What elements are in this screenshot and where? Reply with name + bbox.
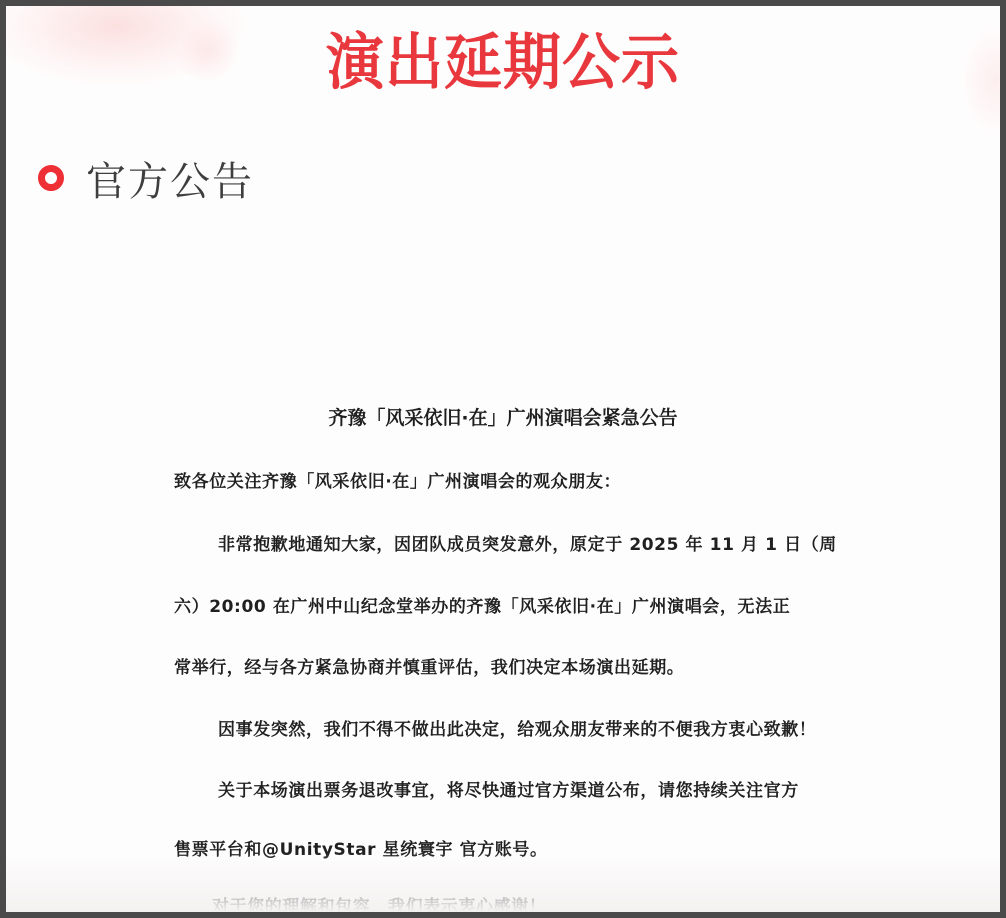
paragraph-line: 非常抱歉地通知大家，因团队成员突发意外，原定于 2025 年 11 月 1 日（… — [218, 530, 837, 555]
announcement-heading: 齐豫「风采依旧·在」广州演唱会紧急公告 — [6, 403, 1000, 430]
section-label: 官方公告 — [86, 150, 254, 207]
paragraph-line: 六）20:00 在广州中山纪念堂举办的齐豫「风采依旧·在」广州演唱会，无法正 — [174, 592, 790, 617]
section-header: 官方公告 — [38, 152, 254, 204]
paragraph-line: 因事发突然，我们不得不做出此决定，给观众朋友带来的不便我方衷心致歉！ — [218, 715, 816, 740]
salutation: 致各位关注齐豫「风采依旧·在」广州演唱会的观众朋友： — [174, 467, 621, 492]
bullet-ring-icon — [38, 165, 64, 191]
paragraph-line: 常举行，经与各方紧急协商并慎重评估，我们决定本场演出延期。 — [174, 653, 684, 678]
page-title: 演出延期公示 — [6, 28, 1000, 95]
paragraph-line: 关于本场演出票务退改事宜，将尽快通过官方渠道公布，请您持续关注官方 — [218, 776, 799, 801]
bottom-fade — [6, 852, 1000, 912]
announcement-frame: 演出延期公示 官方公告 齐豫「风采依旧·在」广州演唱会紧急公告 致各位关注齐豫「… — [6, 6, 1000, 912]
